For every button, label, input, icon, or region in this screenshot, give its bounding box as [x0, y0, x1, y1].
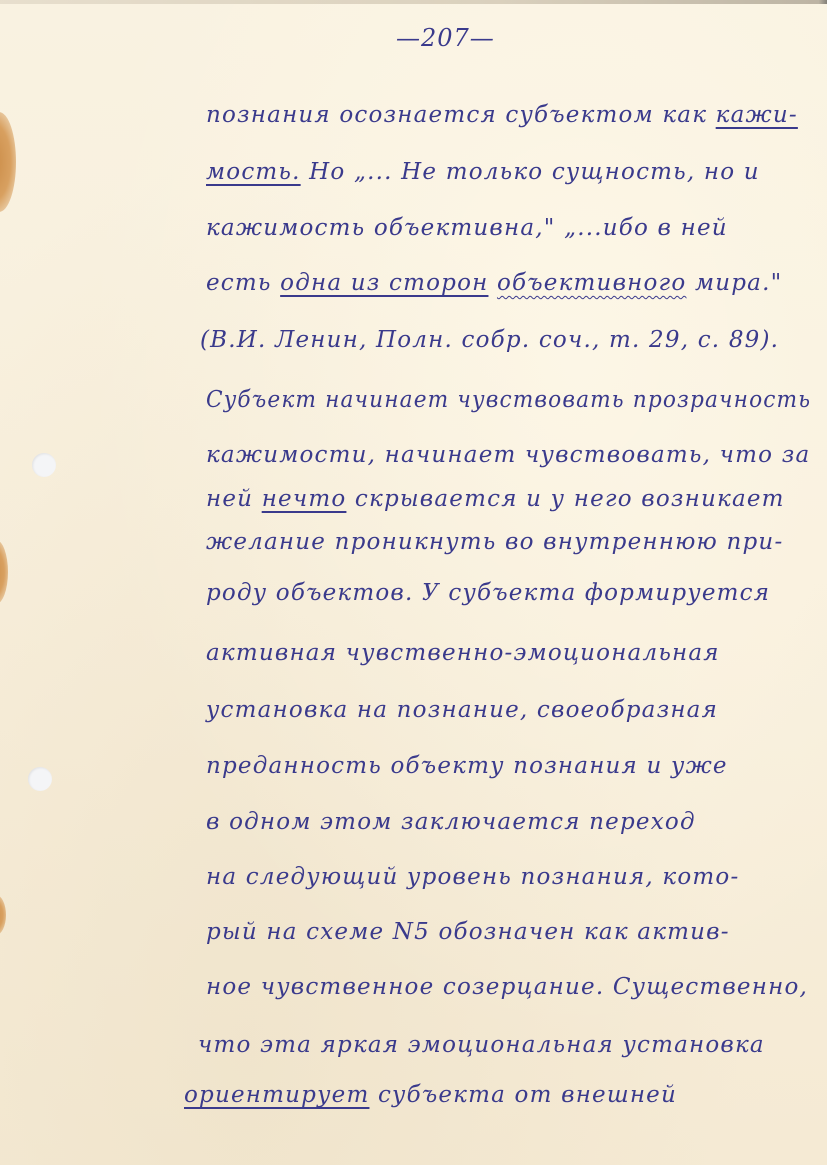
underlined-word: ориентирует [184, 1082, 369, 1108]
underlined-word: кажи- [716, 102, 798, 128]
text-line: Субъект начинает чувствовать прозрачност… [206, 385, 811, 415]
text-line: на следующий уровень познания, кото- [206, 862, 739, 892]
handwritten-text-body: познания осознается субъектом как кажи- … [0, 0, 827, 1165]
underlined-phrase: одна из сторон [280, 270, 488, 296]
wavy-underlined-word: объективного [497, 270, 686, 296]
text-line: познания осознается субъектом как кажи- [206, 100, 798, 130]
text-line: желание проникнуть во внутреннюю при- [206, 527, 783, 557]
text-line: ное чувственное созерцание. Существенно, [206, 972, 808, 1002]
text-line: установка на познание, своеобразная [206, 695, 718, 725]
text-line: что эта яркая эмоциональная установка [198, 1030, 765, 1060]
underlined-word: нечто [262, 486, 347, 512]
text-line: роду объектов. У субъекта формируется [206, 578, 770, 608]
citation-line: (В.И. Ленин, Полн. собр. соч., т. 29, с.… [200, 325, 779, 355]
manuscript-page: —207— познания осознается субъектом как … [0, 0, 827, 1165]
text-line: мость. Но „... Не только сущность, но и [206, 157, 760, 187]
text-line: активная чувственно-эмоциональная [206, 638, 720, 668]
text-line: преданность объекту познания и уже [206, 751, 728, 781]
text-line: кажимости, начинает чувствовать, что за [206, 440, 810, 470]
text-line: есть одна из сторон объективного мира." [206, 268, 782, 298]
text-line: кажимость объективна," „...ибо в ней [206, 213, 728, 243]
text-line: ориентирует субъекта от внешней [184, 1080, 677, 1110]
text-line: ней нечто скрывается и у него возникает [206, 484, 785, 514]
text-line: в одном этом заключается переход [206, 807, 696, 837]
text-line: рый на схеме N5 обозначен как актив- [206, 917, 730, 947]
underlined-word: мость. [206, 159, 301, 185]
